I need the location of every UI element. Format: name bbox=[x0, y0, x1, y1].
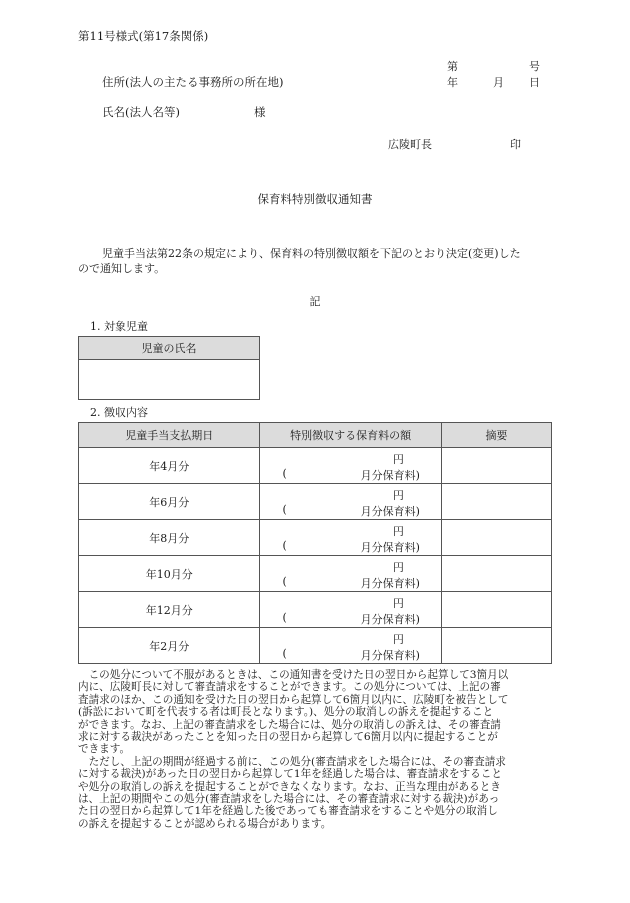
col-header-payment-date: 児童手当支払期日 bbox=[79, 423, 260, 448]
intro-line: ので通知します。 bbox=[90, 261, 550, 276]
yen-label: 円 bbox=[393, 595, 404, 611]
paren-open: ( bbox=[282, 611, 286, 624]
date-year-label: 年 bbox=[447, 77, 458, 88]
amount-cell: 円 ( 月分保育料) bbox=[260, 448, 441, 484]
paren-open: ( bbox=[282, 467, 286, 480]
period-cell: 年6月分 bbox=[79, 484, 260, 520]
collection-table: 児童手当支払期日 特別徴収する保育料の額 摘要 年4月分 円 ( 月分保育料) … bbox=[78, 422, 552, 664]
date-day-label: 日 bbox=[529, 77, 540, 88]
amount-cell: 円 ( 月分保育料) bbox=[260, 592, 441, 628]
month-fee-label: 月分保育料) bbox=[361, 611, 420, 627]
remarks-cell bbox=[441, 556, 551, 592]
yen-label: 円 bbox=[393, 631, 404, 647]
amount-cell: 円 ( 月分保育料) bbox=[260, 556, 441, 592]
notice-line: この処分について不服があるときは、この通知書を受けた日の翌日から起算して3箇月以 bbox=[78, 669, 554, 681]
date-month-label: 月 bbox=[493, 77, 504, 88]
period-cell: 年4月分 bbox=[79, 448, 260, 484]
section2-heading: 2. 徴収内容 bbox=[90, 407, 148, 418]
yen-label: 円 bbox=[393, 487, 404, 503]
seal-mark: 印 bbox=[510, 139, 521, 150]
month-fee-label: 月分保育料) bbox=[361, 503, 420, 519]
table-row: 年8月分 円 ( 月分保育料) bbox=[79, 520, 552, 556]
period-cell: 年12月分 bbox=[79, 592, 260, 628]
period-cell: 年8月分 bbox=[79, 520, 260, 556]
remarks-cell bbox=[441, 448, 551, 484]
remarks-cell bbox=[441, 628, 551, 664]
issuer: 広陵町長 bbox=[388, 139, 432, 150]
period-cell: 年2月分 bbox=[79, 628, 260, 664]
remarks-cell bbox=[441, 592, 551, 628]
table-row: 年2月分 円 ( 月分保育料) bbox=[79, 628, 552, 664]
notice-line: や処分の取消しの訴えを提起することができなくなります。なお、正当な理由があるとき bbox=[78, 781, 554, 793]
ki-marker: 記 bbox=[0, 296, 630, 307]
remarks-cell bbox=[441, 520, 551, 556]
paren-open: ( bbox=[282, 647, 286, 660]
intro-line: 児童手当法第22条の規定により、保育料の特別徴収額を下記のとおり決定(変更)した bbox=[90, 246, 550, 261]
table-row: 年4月分 円 ( 月分保育料) bbox=[79, 448, 552, 484]
notice-paragraph-1: この処分について不服があるときは、この通知書を受けた日の翌日から起算して3箇月以… bbox=[78, 669, 554, 756]
notice-line: ができます。なお、上記の審査請求をした場合には、処分の取消しの訴えは、その審査請 bbox=[78, 719, 554, 731]
paren-open: ( bbox=[282, 575, 286, 588]
child-name-cell bbox=[79, 360, 260, 400]
table-row: 年12月分 円 ( 月分保育料) bbox=[79, 592, 552, 628]
doc-number-suffix: 号 bbox=[529, 61, 540, 72]
period-cell: 年10月分 bbox=[79, 556, 260, 592]
notice-paragraph-2: ただし、上記の期間が経過する前に、この処分(審査請求をした場合には、その審査請求… bbox=[78, 756, 554, 830]
notice-line: に対する裁決)があった日の翌日から起算して1年を経過した場合は、審査請求をするこ… bbox=[78, 768, 554, 780]
child-table: 児童の氏名 bbox=[78, 336, 260, 400]
table-header-row: 児童手当支払期日 特別徴収する保育料の額 摘要 bbox=[79, 423, 552, 448]
notice-line: ただし、上記の期間が経過する前に、この処分(審査請求をした場合には、その審査請求 bbox=[78, 756, 554, 768]
amount-cell: 円 ( 月分保育料) bbox=[260, 484, 441, 520]
notice-line: 求に対する裁決があったことを知った日の翌日から起算して6箇月以内に提起することが bbox=[78, 731, 554, 743]
notice-line: た日の翌日から起算して1年を経過した後であっても審査請求をすることや処分の取消し bbox=[78, 805, 554, 817]
notice-line: は、上記の期間やこの処分(審査請求をした場合には、その審査請求に対する裁決)があ… bbox=[78, 793, 554, 805]
child-name-header: 児童の氏名 bbox=[79, 337, 260, 360]
section1-heading: 1. 対象児童 bbox=[90, 321, 148, 332]
notice-line: の訴えを提起することが認められる場合があります。 bbox=[78, 818, 554, 830]
yen-label: 円 bbox=[393, 451, 404, 467]
month-fee-label: 月分保育料) bbox=[361, 467, 420, 483]
table-row: 年6月分 円 ( 月分保育料) bbox=[79, 484, 552, 520]
document-title: 保育料特別徴収通知書 bbox=[0, 194, 630, 206]
paren-open: ( bbox=[282, 503, 286, 516]
month-fee-label: 月分保育料) bbox=[361, 539, 420, 555]
month-fee-label: 月分保育料) bbox=[361, 575, 420, 591]
yen-label: 円 bbox=[393, 523, 404, 539]
notice-line: 査請求のほか、この通知を受けた日の翌日から起算して6箇月以内に、広陵町を被告とし… bbox=[78, 694, 554, 706]
col-header-amount: 特別徴収する保育料の額 bbox=[260, 423, 441, 448]
name-label: 氏名(法人名等) bbox=[102, 107, 180, 119]
table-row: 年10月分 円 ( 月分保育料) bbox=[79, 556, 552, 592]
intro-paragraph: 児童手当法第22条の規定により、保育料の特別徴収額を下記のとおり決定(変更)した… bbox=[90, 246, 550, 276]
col-header-remarks: 摘要 bbox=[441, 423, 551, 448]
paren-open: ( bbox=[282, 539, 286, 552]
yen-label: 円 bbox=[393, 559, 404, 575]
remarks-cell bbox=[441, 484, 551, 520]
honorific: 様 bbox=[254, 107, 266, 119]
doc-number-prefix: 第 bbox=[447, 61, 458, 72]
appeal-notice: この処分について不服があるときは、この通知書を受けた日の翌日から起算して3箇月以… bbox=[78, 669, 554, 830]
address-label: 住所(法人の主たる事務所の所在地) bbox=[102, 77, 283, 89]
notice-line: 内に、広陵町長に対して審査請求をすることができます。この処分については、上記の審 bbox=[78, 681, 554, 693]
amount-cell: 円 ( 月分保育料) bbox=[260, 628, 441, 664]
amount-cell: 円 ( 月分保育料) bbox=[260, 520, 441, 556]
month-fee-label: 月分保育料) bbox=[361, 647, 420, 663]
notice-line: (訴訟において町を代表する者は町長となります。)、処分の取消しの訴えを提起するこ… bbox=[78, 706, 554, 718]
form-number: 第11号様式(第17条関係) bbox=[78, 31, 208, 43]
notice-line: できます。 bbox=[78, 743, 554, 755]
